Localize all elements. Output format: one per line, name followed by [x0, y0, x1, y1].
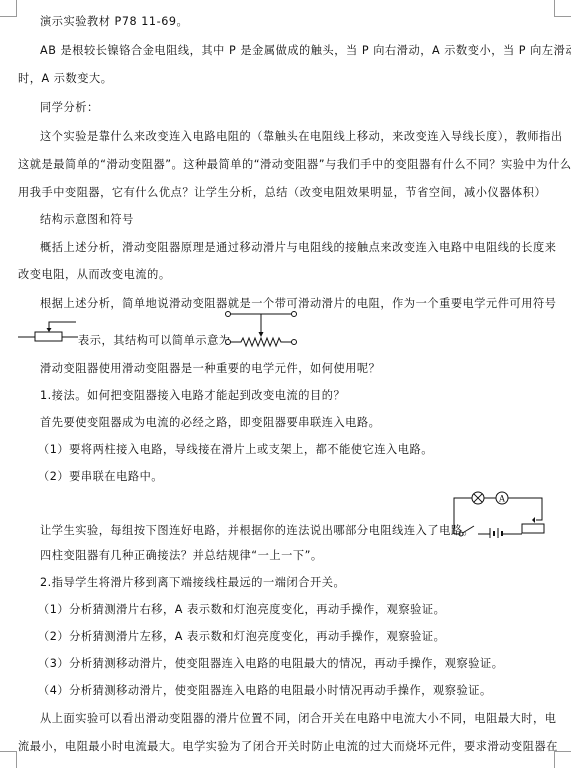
- paragraph-line: 结构示意图和符号: [40, 213, 134, 227]
- page-corner-mark: [0, 751, 17, 768]
- list-item: （2）要串联在电路中。: [38, 470, 163, 484]
- rheostat-symbol-icon: [18, 320, 78, 342]
- list-item: （4）分析猜测移动滑片，使变阻器连入电路的电阻最小时情况再动手操作，观察验证。: [38, 684, 492, 698]
- page-corner-mark: [554, 0, 571, 17]
- paragraph-line: 概括上述分析，滑动变阻器原理是通过移动滑片与电阻线的接触点来改变连入电路中电阻线…: [40, 241, 556, 255]
- paragraph-line: 这个实验是靠什么来改变连入电路电阻的（靠触头在电阻线上移动，来改变连入导线长度）…: [40, 130, 563, 144]
- paragraph-line: 1.接法。如何把变阻器接入电路才能起到改变电流的目的？: [40, 389, 345, 403]
- list-item: （3）分析猜测移动滑片，使变阻器连入电路的电阻最大的情况，再动手操作，观察验证。: [38, 657, 503, 671]
- paragraph-line: 用我手中变阻器，它有什么优点？让学生分析，总结（改变电阻效果明显，节省空间，减小…: [18, 186, 546, 200]
- list-item: （1）分析猜测滑片右移，A 表示数和灯泡亮度变化，再动手操作，观察验证。: [38, 603, 445, 617]
- paragraph-line: AB 是根较长镍铬合金电阻线，其中 P 是金属做成的触头，当 P 向右滑动，A …: [40, 44, 571, 58]
- paragraph-line: 从上面实验可以看出滑动变阻器的滑片位置不同，闭合开关在电路中电流大小不同，电阻最…: [40, 712, 556, 726]
- ammeter-label: A: [499, 494, 506, 504]
- paragraph-line: 2.指导学生将滑片移到离下端接线柱最远的一端闭合开关。: [40, 576, 345, 590]
- paragraph-line: 根据上述分析，简单地说滑动变阻器就是一个带可滑动滑片的电阻，作为一个重要电学元件…: [40, 297, 556, 311]
- rheostat-structure-diagram: [225, 310, 297, 346]
- paragraph-heading: 演示实验教材 P78 11-69。: [40, 15, 188, 29]
- paragraph-line: 滑动变阻器使用滑动变阻器是一种重要的电学元件，如何使用呢？: [40, 362, 380, 376]
- paragraph-line: 时，A 示数变大。: [18, 72, 112, 86]
- paragraph-line: 同学分析：: [40, 101, 99, 115]
- paragraph-line: 这就是最简单的“滑动变阻器”。这种最简单的“滑动变阻器”与我们手中的变阻器有什么…: [18, 158, 571, 172]
- paragraph-line: 四柱变阻器有几种正确接法？并总结规律“一上一下”。: [40, 549, 323, 563]
- page-corner-mark: [0, 0, 17, 17]
- paragraph-line: 表示，其结构可以简单示意为: [78, 334, 231, 348]
- paragraph-line: 首先要使变阻器成为电流的必经之路，即变阻器要串联连入电路。: [40, 416, 380, 430]
- list-item: （1）要将两柱接入电路，导线接在滑片上或支架上，都不能使它连入电路。: [38, 443, 433, 457]
- paragraph-line: 让学生实验，每组按下图连好电路，并根据你的连法说出哪部分电阻线连入了电路。: [40, 524, 474, 538]
- paragraph-line: 流最小，电阻最小时电流最大。电学实验为了闭合开关时防止电流的过大而烧坏元件，要求…: [18, 740, 558, 754]
- list-item: （2）分析猜测滑片左移，A 表示数和灯泡亮度变化，再动手操作，观察验证。: [38, 630, 445, 644]
- paragraph-line: 改变电阻，从而改变电流的。: [18, 268, 171, 282]
